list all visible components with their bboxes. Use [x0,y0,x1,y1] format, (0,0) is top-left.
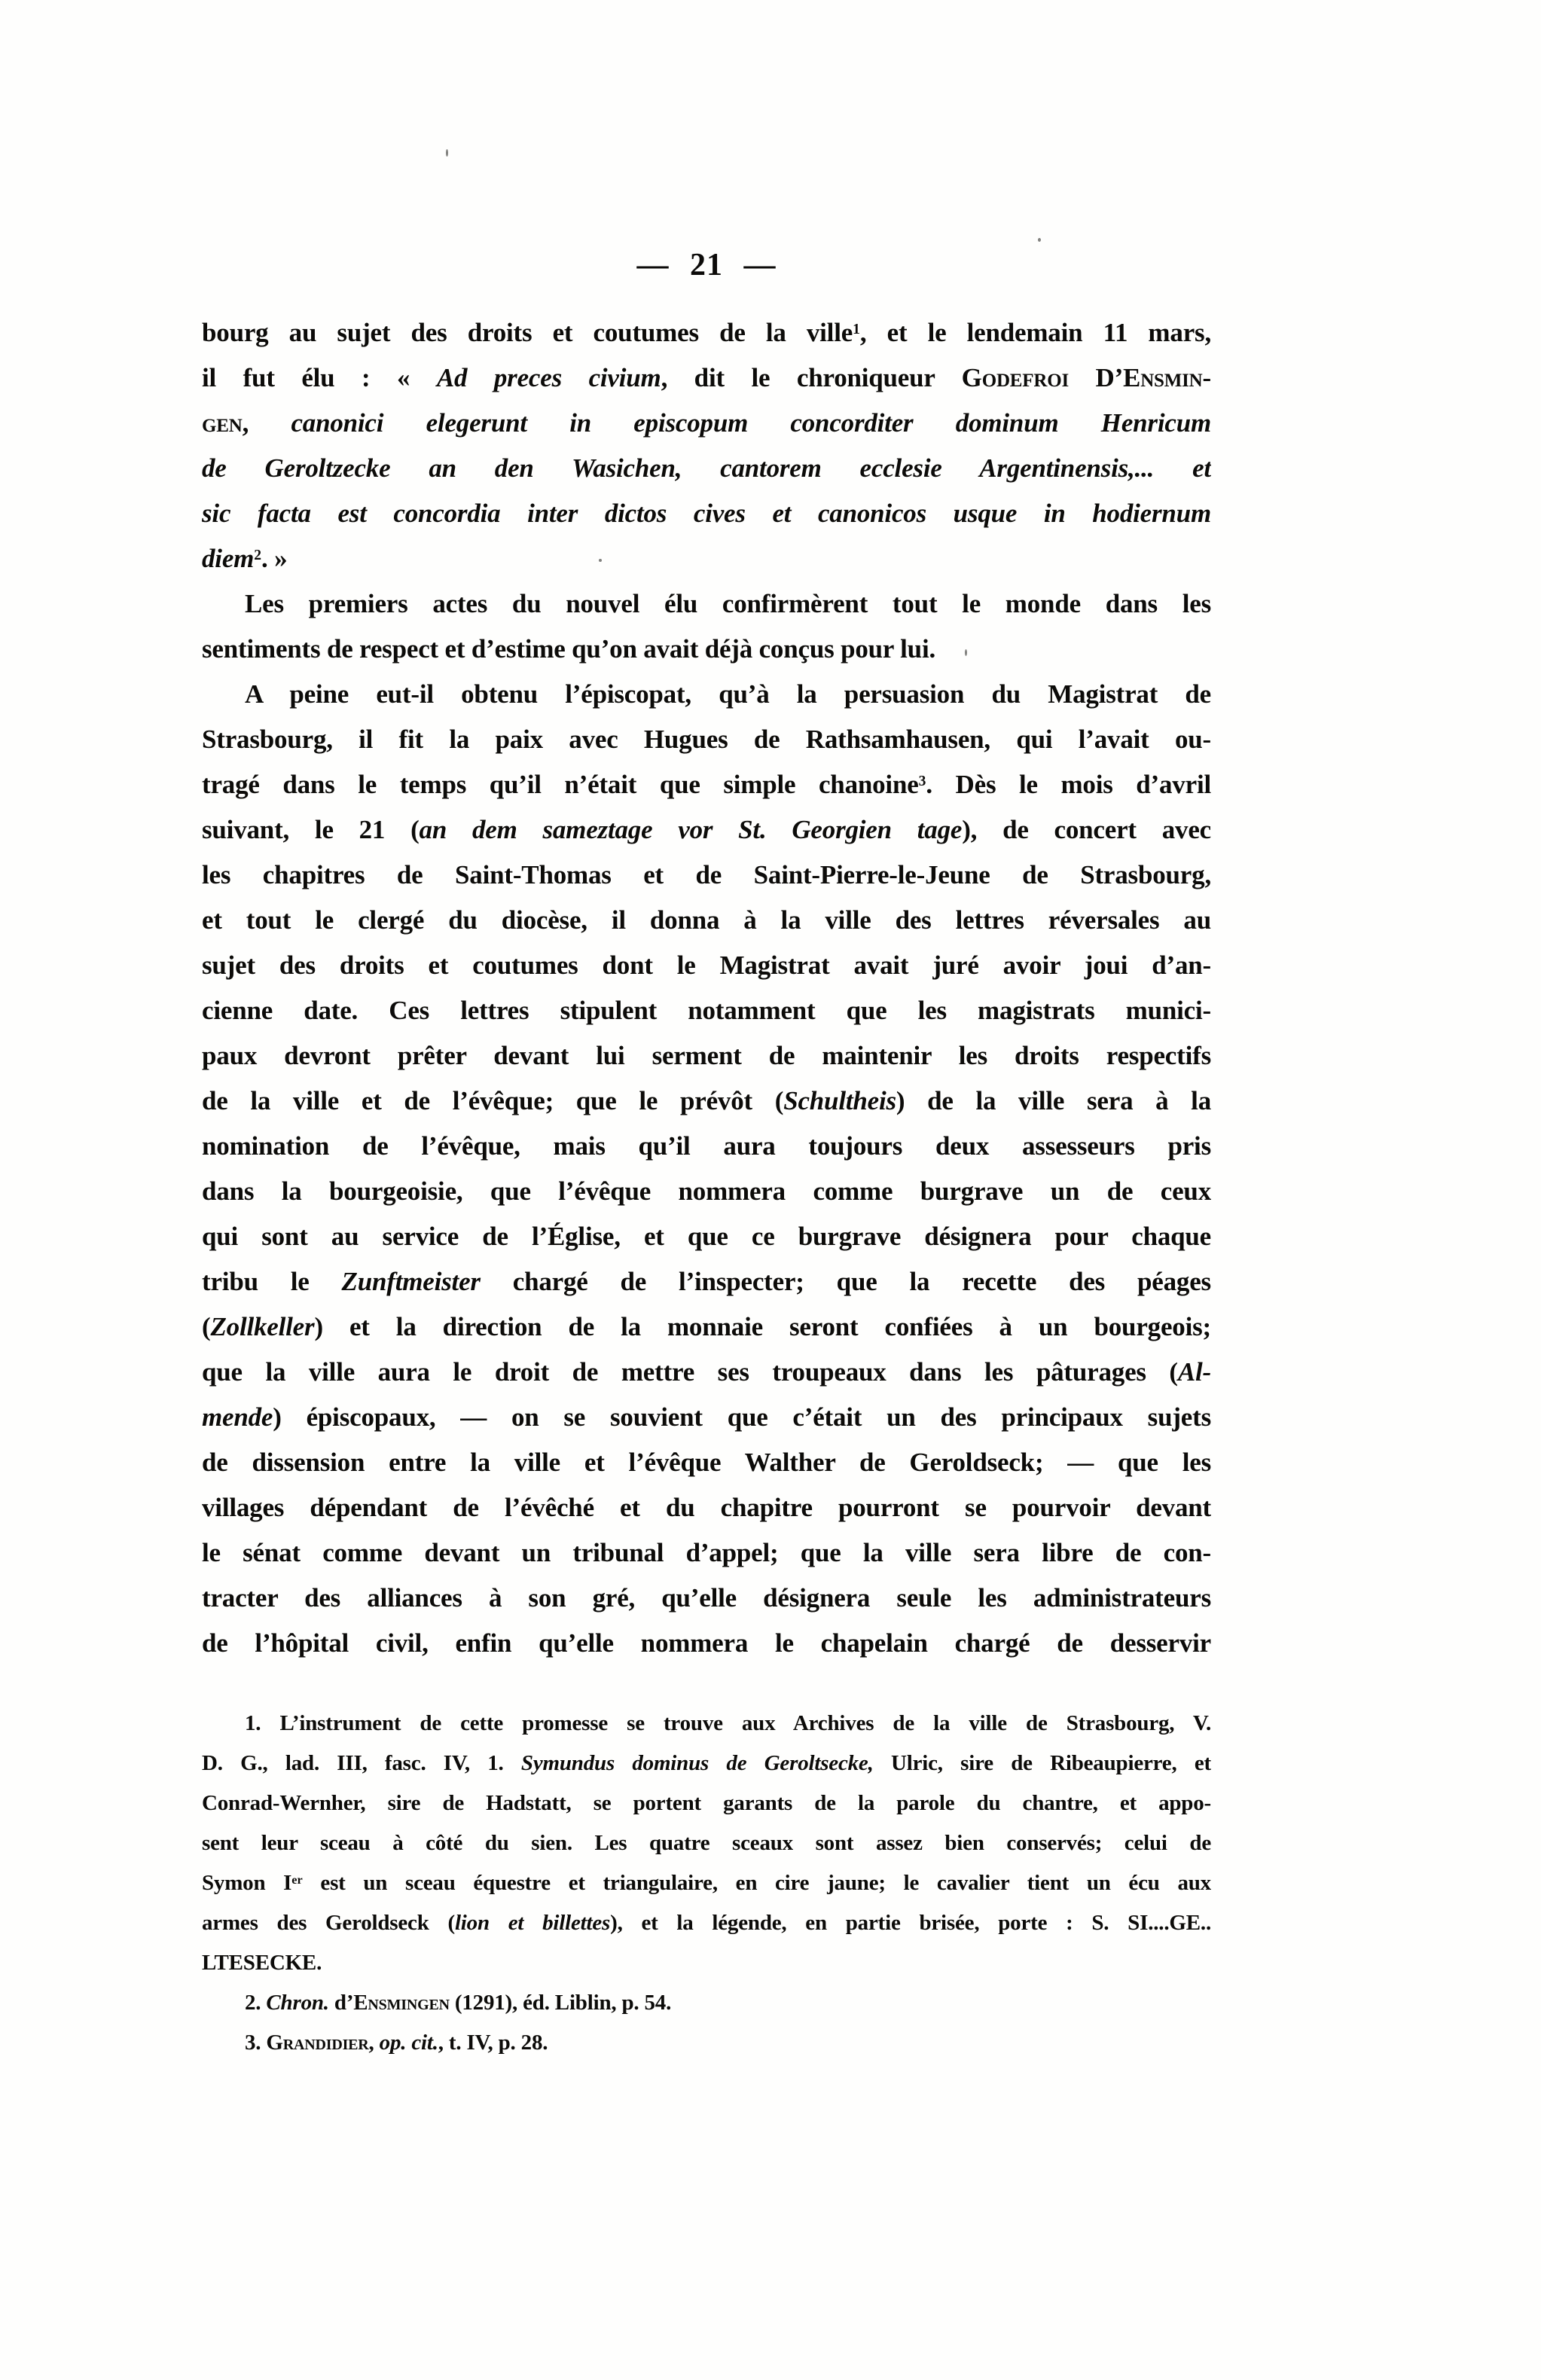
body-line-1: bourg au sujet des droits et coutumes de… [202,310,1211,355]
body-line-16: cienne date. Ces lettres stipulent notam… [202,988,1211,1033]
text-segment: 1. L’instrument de cette promesse se tro… [245,1711,1211,1735]
text-segment: paux devront prêter devant lui serment d… [202,1041,1211,1070]
text-segment: 3. [245,2031,266,2055]
body-line-18: de la ville et de l’évêque; que le prévô… [202,1079,1211,1124]
text-segment: ) et la direction de la monnaie seront c… [314,1312,1211,1341]
text-segment: Al- [1178,1357,1211,1387]
text-segment: que la ville aura le droit de mettre ses… [202,1357,1178,1387]
text-segment: Les premiers actes du nouvel élu confirm… [245,589,1211,618]
text-segment: les chapitres de Saint-Thomas et de Sain… [202,860,1211,889]
text-segment: tribu le [202,1267,342,1296]
text-segment: Grandidier [266,2031,368,2055]
text-segment: Schultheis [783,1086,896,1115]
footnotes-text: 1. L’instrument de cette promesse se tro… [202,1704,1211,2063]
text-segment: qui sont au service de l’Église, et que … [202,1222,1211,1251]
text-segment: . » [261,544,287,573]
text-segment: (1291), éd. Liblin, p. 54. [450,1991,671,2015]
text-segment: tragé dans le temps qu’il n’était que si… [202,770,919,799]
text-segment: Strasbourg, il fit la paix avec Hugues d… [202,725,1211,754]
body-line-14: et tout le clergé du diocèse, il donna à… [202,898,1211,943]
text-segment: Symundus dominus de Geroltsecke, [521,1751,874,1775]
body-line-21: qui sont au service de l’Église, et que … [202,1214,1211,1259]
text-segment: gen [202,408,243,438]
body-line-10: Strasbourg, il fit la paix avec Hugues d… [202,717,1211,762]
body-line-22: tribu le Zunftmeister chargé de l’inspec… [202,1259,1211,1304]
text-segment: Godefroi D’Ensmin- [962,363,1211,392]
text-segment: ( [202,1312,210,1341]
body-line-4: de Geroltzecke an den Wasichen, cantorem… [202,446,1211,491]
text-segment: de Geroltzecke an den Wasichen, cantorem… [202,453,1211,483]
body-line-30: de l’hôpital civil, enfin qu’elle nommer… [202,1621,1211,1666]
text-segment: le sénat comme devant un tribunal d’appe… [202,1538,1211,1567]
body-line-26: de dissension entre la ville et l’évêque… [202,1440,1211,1485]
text-segment: est un sceau équestre et triangulaire, e… [303,1871,1211,1895]
text-segment: 2 [254,548,261,563]
scan-speck [599,559,602,562]
text-segment: nomination de l’évêque, mais qu’il aura … [202,1131,1211,1161]
body-line-6: diem2. » [202,536,1211,581]
text-segment: ), et la légende, en partie brisée, port… [610,1911,1211,1935]
text-segment: . Dès le mois d’avril [926,770,1211,799]
body-line-19: nomination de l’évêque, mais qu’il aura … [202,1124,1211,1169]
text-segment: Ad preces civium [437,363,661,392]
text-segment: canonici elegerunt in episcopum concordi… [291,408,1211,438]
text-segment: suivant, le 21 ( [202,815,420,844]
footnote-line-5: Symon Ier est un sceau équestre et trian… [202,1863,1211,1903]
text-segment: bourg au sujet des droits et coutumes de… [202,318,853,347]
text-segment: op. cit. [380,2031,438,2055]
body-line-28: le sénat comme devant un tribunal d’appe… [202,1530,1211,1576]
text-segment: dans la bourgeoisie, que l’évêque nommer… [202,1176,1211,1206]
scanned-book-page: — 21 — bourg au sujet des droits et cout… [0,0,1541,2380]
text-segment: Zollkeller [210,1312,314,1341]
text-segment: Symon I [202,1871,291,1895]
text-segment: 3 [919,773,926,789]
text-segment: Conrad-Wernher, sire de Hadstatt, se por… [202,1791,1211,1815]
text-segment: LTESECKE. [202,1951,322,1975]
footnote-line-4: sent leur sceau à côté du sien. Les quat… [202,1823,1211,1863]
body-line-24: que la ville aura le droit de mettre ses… [202,1350,1211,1395]
text-segment: , et le lendemain 11 mars, [860,318,1211,347]
text-segment: ) épiscopaux, — on se souvient que c’éta… [273,1402,1211,1432]
text-segment: villages dépendant de l’évêché et du cha… [202,1493,1211,1522]
body-line-13: les chapitres de Saint-Thomas et de Sain… [202,853,1211,898]
footnote-line-2: D. G., lad. III, fasc. IV, 1. Symundus d… [202,1744,1211,1783]
footnote-line-1: 1. L’instrument de cette promesse se tro… [202,1704,1211,1744]
text-segment: er [291,1873,302,1887]
text-segment: sic facta est concordia inter dictos civ… [202,499,1211,528]
body-line-29: tracter des alliances à son gré, qu’elle… [202,1576,1211,1621]
text-segment: Ulric, sire de Ribeaupierre, et [874,1751,1211,1775]
text-segment: 1 [853,322,860,337]
body-line-7: Les premiers actes du nouvel élu confirm… [202,581,1211,627]
body-line-3: gen, canonici elegerunt in episcopum con… [202,401,1211,446]
footnote-line-8: 2. Chron. d’Ensmingen (1291), éd. Liblin… [202,1983,1211,2023]
body-line-12: suivant, le 21 (an dem sameztage vor St.… [202,807,1211,853]
text-segment: ), de concert avec [962,815,1211,844]
text-segment: et tout le clergé du diocèse, il donna à… [202,905,1211,935]
text-segment: cienne date. Ces lettres stipulent notam… [202,996,1211,1025]
text-segment: D. G., lad. III, fasc. IV, 1. [202,1751,521,1775]
text-segment: diem [202,544,254,573]
text-segment: Zunftmeister [342,1267,481,1296]
text-segment: , t. IV, p. 28. [438,2031,548,2055]
body-line-15: sujet des droits et coutumes dont le Mag… [202,943,1211,988]
text-segment: lion et billettes [455,1911,610,1935]
body-line-20: dans la bourgeoisie, que l’évêque nommer… [202,1169,1211,1214]
text-segment: ) de la ville sera à la [896,1086,1211,1115]
text-segment: Ensmingen [353,1991,450,2015]
scan-speck [461,786,464,789]
text-segment: de la ville et de l’évêque; que le prévô… [202,1086,783,1115]
text-segment: an dem sameztage vor St. Georgien tage [420,815,963,844]
body-line-27: villages dépendant de l’évêché et du cha… [202,1485,1211,1530]
text-segment: chargé de l’inspecter; que la recette de… [481,1267,1211,1296]
text-segment: sentiments de respect et d’estime qu’on … [202,634,935,664]
body-line-2: il fut élu : « Ad preces civium, dit le … [202,355,1211,401]
scan-speck [1038,238,1041,242]
scan-speck [965,649,967,656]
text-segment: armes des Geroldseck ( [202,1911,455,1935]
footnote-line-6: armes des Geroldseck (lion et billettes)… [202,1903,1211,1943]
text-segment: A peine eut-il obtenu l’épiscopat, qu’à … [245,679,1211,709]
text-segment: , [243,408,291,438]
scan-speck [446,149,448,157]
footnote-line-7: LTESECKE. [202,1943,1211,1983]
body-text: bourg au sujet des droits et coutumes de… [202,310,1211,1666]
text-segment: , dit le chroniqueur [661,363,962,392]
body-line-8: sentiments de respect et d’estime qu’on … [202,627,1211,672]
text-segment: tracter des alliances à son gré, qu’elle… [202,1583,1211,1613]
footnote-line-9: 3. Grandidier, op. cit., t. IV, p. 28. [202,2023,1211,2063]
text-segment: d’ [329,1991,353,2015]
footnote-line-3: Conrad-Wernher, sire de Hadstatt, se por… [202,1783,1211,1823]
body-line-9: A peine eut-il obtenu l’épiscopat, qu’à … [202,672,1211,717]
text-segment: il fut élu : « [202,363,437,392]
text-segment: de dissension entre la ville et l’évêque… [202,1448,1211,1477]
text-segment: sent leur sceau à côté du sien. Les quat… [202,1831,1211,1855]
text-segment: , [369,2031,380,2055]
text-segment: 2. [245,1991,266,2015]
page-number: — 21 — [202,246,1211,285]
text-segment: de l’hôpital civil, enfin qu’elle nommer… [202,1628,1211,1658]
body-line-25: mende) épiscopaux, — on se souvient que … [202,1395,1211,1440]
body-line-11: tragé dans le temps qu’il n’était que si… [202,762,1211,807]
text-segment: sujet des droits et coutumes dont le Mag… [202,950,1211,980]
body-line-23: (Zollkeller) et la direction de la monna… [202,1304,1211,1350]
body-line-17: paux devront prêter devant lui serment d… [202,1033,1211,1079]
text-segment: mende [202,1402,273,1432]
body-line-5: sic facta est concordia inter dictos civ… [202,491,1211,536]
text-segment: Chron. [266,1991,328,2015]
